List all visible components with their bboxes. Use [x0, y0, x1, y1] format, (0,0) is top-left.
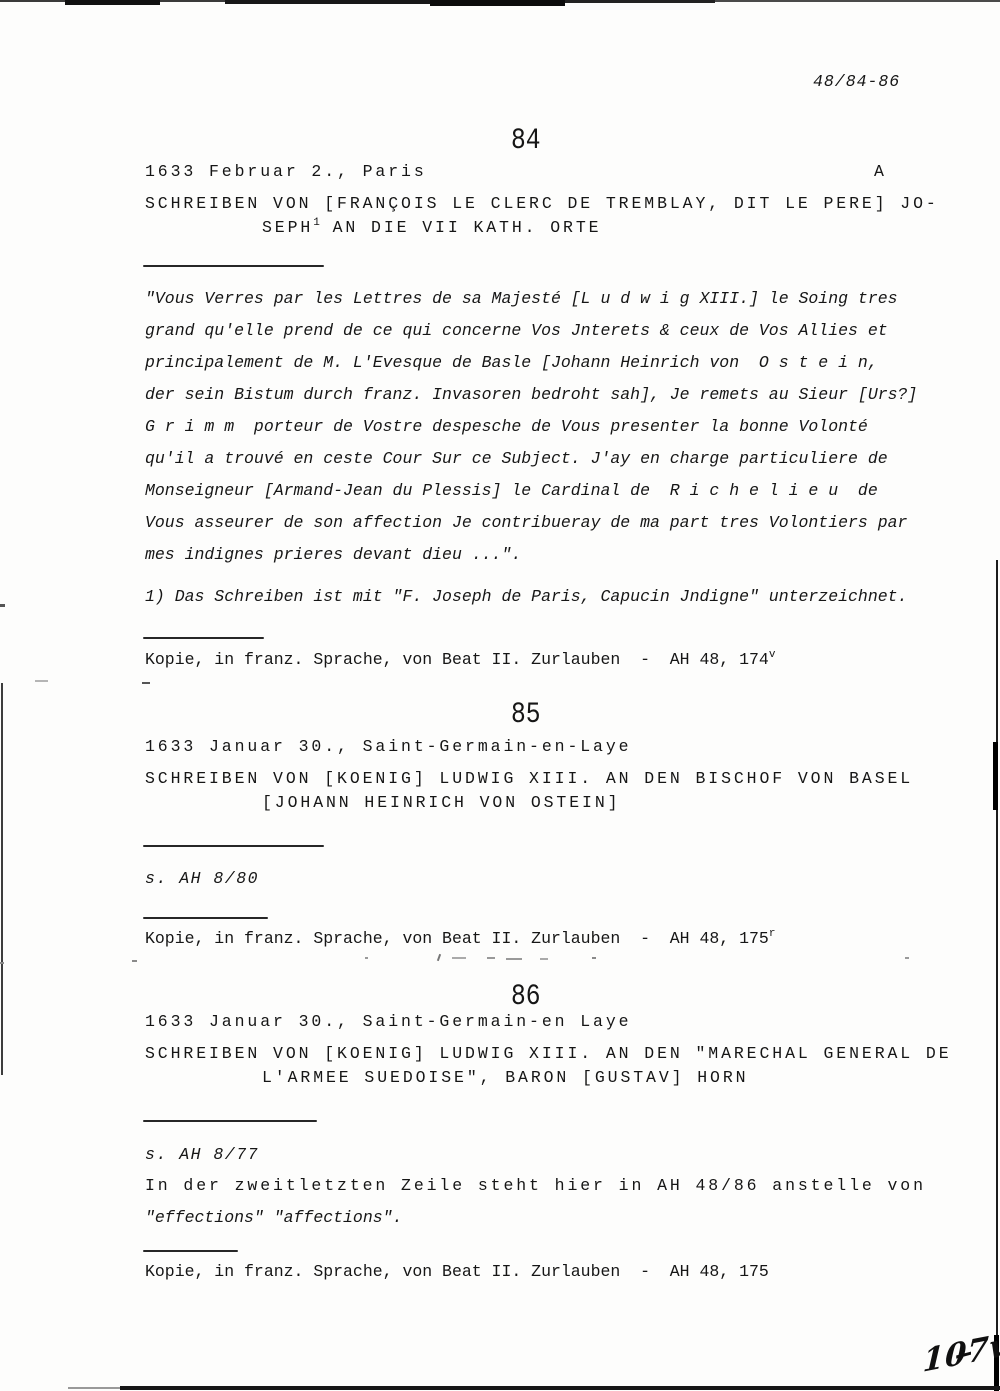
title-rule-86	[143, 1120, 317, 1122]
scan-edge-right-thick	[993, 742, 998, 810]
source-text: Kopie, in franz. Sprache, von Beat II. Z…	[145, 929, 769, 948]
entry-84-footnote: 1) Das Schreiben ist mit "F. Joseph de P…	[145, 587, 907, 607]
quote-line: qu'il a trouvé en ceste Cour Sur ce Subj…	[145, 449, 888, 469]
page-ref: 48/84-86	[813, 72, 900, 92]
source-rule-84	[143, 637, 264, 639]
entry-84-title-line1: SCHREIBEN VON [FRANÇOIS LE CLERC DE TREM…	[145, 194, 939, 214]
footnote-ref-superscript: 1	[313, 217, 320, 229]
source-rule-86	[143, 1250, 238, 1252]
quote-line: Vous asseurer de son affection Je contri…	[145, 513, 907, 533]
entry-85-title-line1: SCHREIBEN VON [KOENIG] LUDWIG XIII. AN D…	[145, 769, 913, 789]
scan-smudge	[452, 957, 466, 959]
quote-line: grand qu'elle prend de ce qui concerne V…	[145, 321, 888, 341]
quote-line: "Vous Verres par les Lettres de sa Majes…	[145, 289, 898, 309]
title-rule-85	[143, 845, 324, 847]
scan-smudge	[365, 957, 368, 959]
scan-smudge	[437, 954, 441, 961]
scan-edge-left-tick	[0, 604, 5, 607]
scan-smudge	[506, 958, 522, 960]
scan-smudge	[540, 958, 548, 960]
entry-84-title-rest: AN DIE VII KATH. ORTE	[320, 218, 602, 237]
entry-86-source: Kopie, in franz. Sprache, von Beat II. Z…	[145, 1262, 769, 1282]
scan-smudge	[592, 957, 596, 959]
entry-84-source: Kopie, in franz. Sprache, von Beat II. Z…	[145, 650, 775, 672]
entry-86-see-reference: s. AH 8/77	[145, 1145, 259, 1165]
entry-85-source: Kopie, in franz. Sprache, von Beat II. Z…	[145, 929, 775, 951]
entry-86-title-line1: SCHREIBEN VON [KOENIG] LUDWIG XIII. AN D…	[145, 1044, 952, 1064]
scan-edge-left-tick	[35, 680, 48, 682]
entry-86-note-line2: "effections" "affections".	[145, 1208, 402, 1228]
entry-84-siglum: A	[874, 162, 887, 182]
quote-line: mes indignes prieres devant dieu ...".	[145, 545, 521, 565]
entry-86-title-line2: L'ARMEE SUEDOISE", BARON [GUSTAV] HORN	[262, 1068, 748, 1088]
quote-line: G r i m m porteur de Vostre despesche de…	[145, 417, 868, 437]
scan-smudge	[132, 960, 137, 962]
scan-edge-left-tick	[0, 962, 4, 964]
folio-side-superscript: v	[769, 649, 776, 661]
scan-smudge	[905, 957, 909, 959]
entry-84-dateline: 1633 Februar 2., Paris	[145, 162, 427, 182]
scan-edge-top-segment	[65, 0, 160, 5]
source-text: Kopie, in franz. Sprache, von Beat II. Z…	[145, 650, 769, 669]
entry-number-84: 84	[511, 126, 541, 156]
entry-number-85: 85	[511, 700, 541, 730]
entry-84-title-word: SEPH	[262, 218, 313, 237]
entry-85-see-reference: s. AH 8/80	[145, 869, 259, 889]
entry-85-title-line2: [JOHANN HEINRICH VON OSTEIN]	[262, 793, 620, 813]
scan-edge-right-line	[996, 560, 998, 1391]
entry-86-note-line1: In der zweitletzten Zeile steht hier in …	[145, 1176, 926, 1196]
quote-line: Monseigneur [Armand-Jean du Plessis] le …	[145, 481, 878, 501]
scan-edge-top-segment	[565, 0, 715, 3]
entry-86-dateline: 1633 Januar 30., Saint-Germain-en Laye	[145, 1012, 631, 1032]
scan-edge-top-segment	[715, 0, 1000, 2]
scan-edge-left-line	[1, 683, 3, 1075]
entry-84-title-line2: SEPH1 AN DIE VII KATH. ORTE	[262, 218, 601, 240]
entry-85-dateline: 1633 Januar 30., Saint-Germain-en-Laye	[145, 737, 631, 757]
scan-edge-bottom-faint	[68, 1387, 120, 1389]
quote-line: principalement de M. L'Evesque de Basle …	[145, 353, 878, 373]
entry-number-86: 86	[511, 982, 541, 1012]
scan-smudge	[487, 957, 495, 959]
scan-edge-bottom-line	[120, 1386, 1000, 1390]
scan-stray-dash	[142, 682, 150, 684]
folio-side-superscript: r	[769, 928, 776, 940]
scan-edge-top-segment	[225, 0, 435, 4]
scan-edge-top-segment	[430, 0, 565, 6]
title-rule-84	[143, 265, 324, 267]
handwritten-folio-mark: 107v	[922, 1326, 1000, 1380]
source-rule-85	[143, 917, 268, 919]
scanned-page: 48/84-86 84 1633 Februar 2., Paris A SCH…	[0, 0, 1000, 1391]
quote-line: der sein Bistum durch franz. Invasoren b…	[145, 385, 917, 405]
